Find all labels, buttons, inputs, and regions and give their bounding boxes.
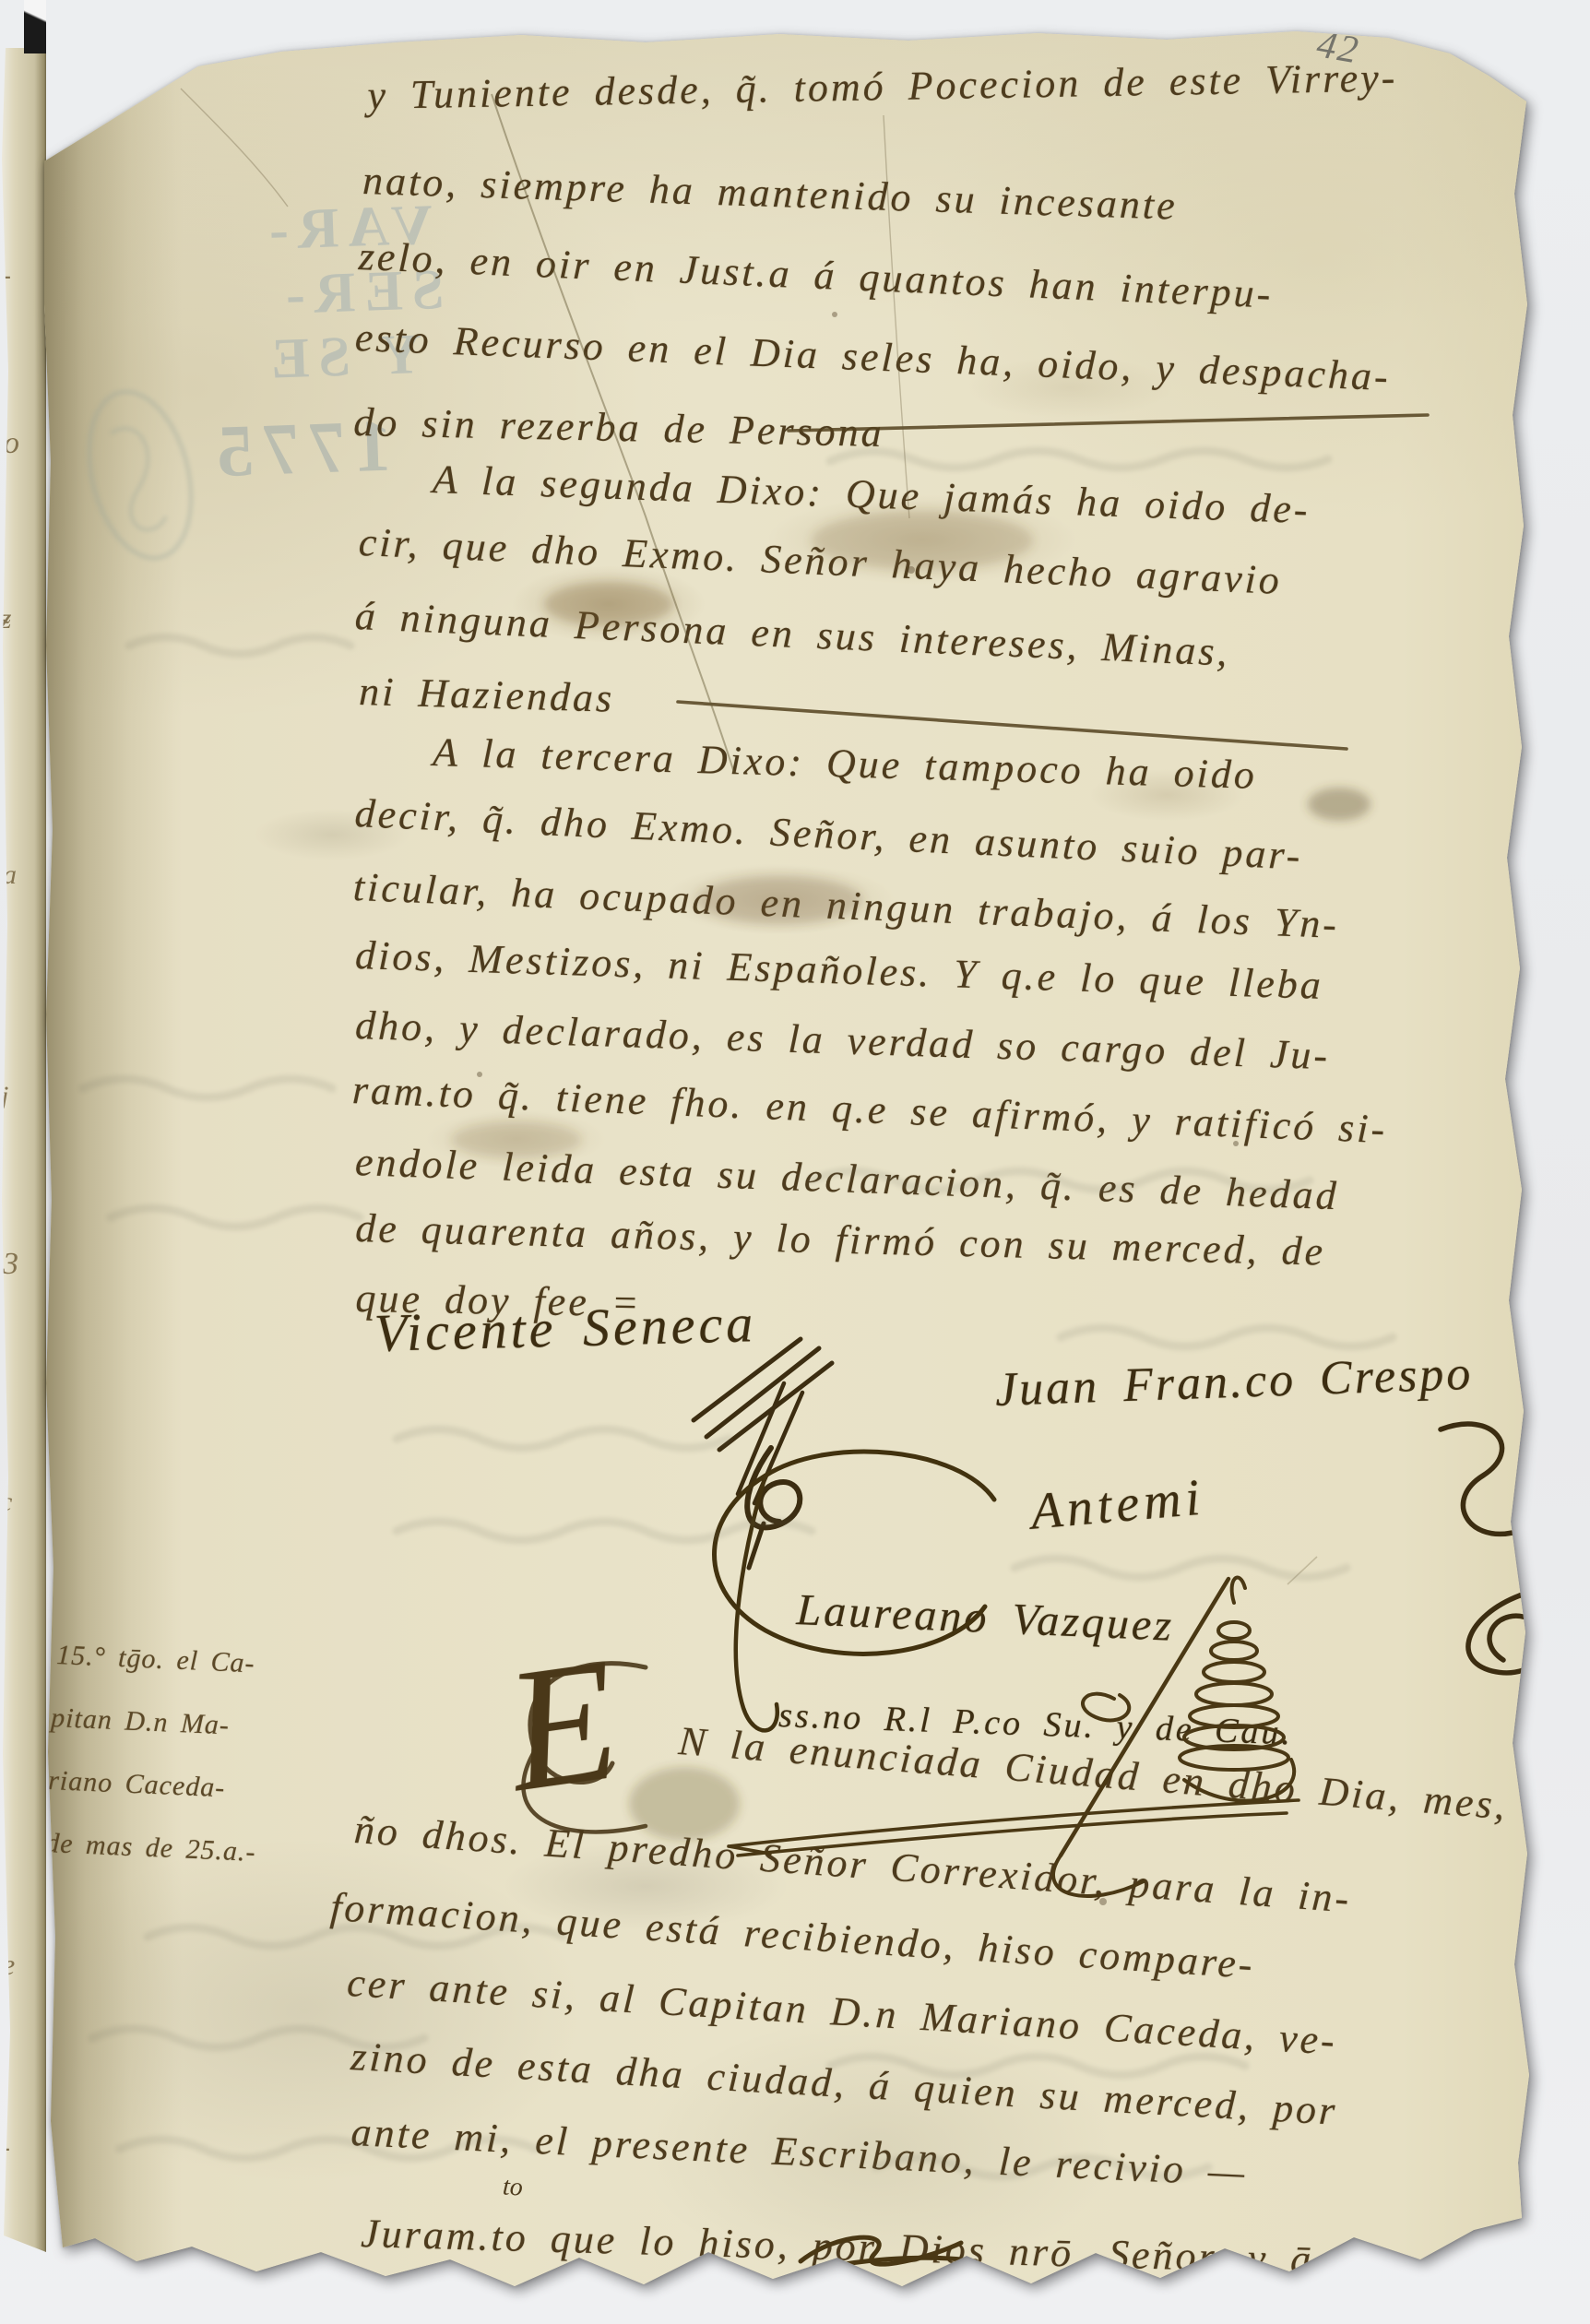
signature-scribe: Laureano Vazquez — [796, 1584, 1176, 1652]
ghost-writing — [1061, 1328, 1393, 1346]
manuscript-line: ni Haziendas — [359, 668, 615, 722]
manuscript-line: y Tuniente desde, q̃. tomó Pocecion de e… — [367, 54, 1398, 119]
manuscript-line: zelo, en oir en Just.a á quantos han int… — [358, 232, 1275, 318]
crease-line — [1287, 1557, 1317, 1584]
manuscript-line: de quarenta años, y lo firmó con su merc… — [355, 1204, 1326, 1275]
manuscript-line: A la tercera Dixo: Que tampoco ha oido — [433, 729, 1258, 799]
manuscript-line: decir, q̃. dho Exmo. Señor, en asunto su… — [354, 789, 1304, 880]
manuscript-page: VAR- SER- Y SE 1775 42 y Tuniente desde,… — [0, 0, 1590, 2324]
signature-witness: Vicente Seneca — [374, 1292, 757, 1364]
ink-smudge — [1308, 788, 1370, 821]
binding-gutter-shadow — [44, 0, 183, 2324]
ghost-writing — [397, 1522, 812, 1540]
manuscript-line: nato, siempre ha mantenido su incesante — [362, 157, 1178, 230]
manuscript-line: do sin rezerba de Persona — [353, 398, 884, 456]
manuscript-line: esto Recurso en el Dia seles ha, oido, y… — [354, 314, 1392, 400]
signature-ante-mi: Antemi — [1028, 1468, 1206, 1542]
manuscript-line: dios, Mestizos, ni Españoles. Y q.e lo q… — [354, 931, 1323, 1009]
manuscript-line: cir, que dho Exmo. Señor haya hecho agra… — [358, 518, 1283, 604]
manuscript-line: ram.to q̃. tiene fho. en q.e se afirmó, … — [351, 1066, 1388, 1153]
manuscript-line: A la segunda Dixo: Que jamás ha oido de- — [432, 456, 1311, 533]
ghost-writing — [397, 1429, 729, 1448]
document-scan: ‑ o ᵶ a j 3 c e ‑ VAR- SER- Y SE 1775 42… — [0, 0, 1590, 2324]
drop-cap-e: E — [495, 1618, 629, 1832]
manuscript-line: Juram.to que lo hiso, por Dios nrō. Seño… — [361, 2210, 1331, 2283]
manuscript-line: dho, y declarado, es la verdad so cargo … — [354, 1002, 1331, 1079]
manuscript-line: á ninguna Persona en sus intereses, Mina… — [354, 592, 1231, 676]
ink-speck — [832, 312, 837, 317]
crease-line — [181, 89, 288, 207]
ghost-writing — [830, 451, 1328, 468]
signature-rubric-witness — [694, 1339, 832, 1568]
signature-rubric-official — [1441, 1424, 1554, 1673]
ghost-writing — [1015, 1559, 1347, 1577]
signature-official: Juan Fran.co Crespo — [994, 1346, 1474, 1417]
superscript-to: to — [502, 2172, 523, 2202]
